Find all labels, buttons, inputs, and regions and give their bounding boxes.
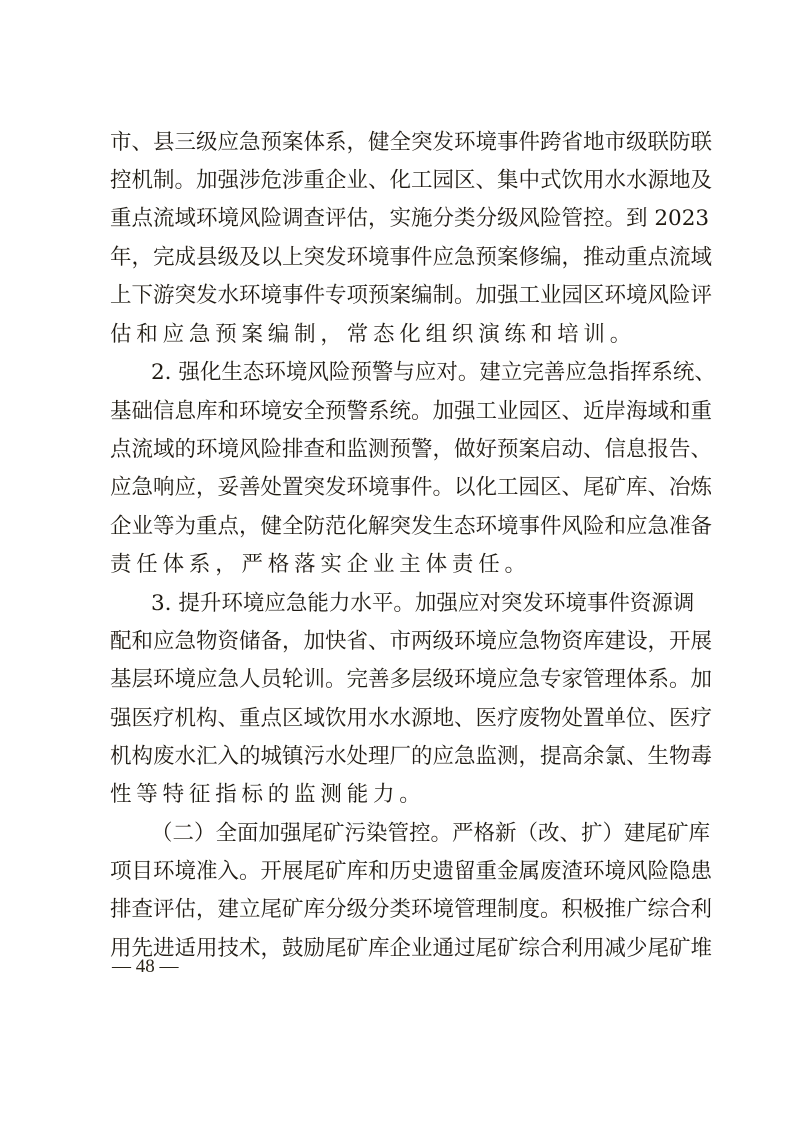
page-number: — 48 — (112, 954, 179, 980)
text-line: 责任体系，严格落实企业主体责任。 (110, 550, 670, 580)
text-line: 估和应急预案编制，常态化组织演练和培训。 (110, 320, 670, 350)
text-line: 用先进适用技术，鼓励尾矿库企业通过尾矿综合利用减少尾矿堆 (110, 934, 670, 964)
text-line: 应急响应，妥善处置突发环境事件。以化工园区、尾矿库、冶炼 (110, 473, 670, 503)
text-line: 市、县三级应急预案体系，健全突发环境事件跨省地市级联防联 (110, 128, 670, 158)
text-line: 排查评估，建立尾矿库分级分类环境管理制度。积极推广综合利 (110, 895, 670, 925)
section-heading-3: 3. 提升环境应急能力水平。加强应对突发环境事件资源调 (151, 589, 670, 619)
text-line: 基础信息库和环境安全预警系统。加强工业园区、近岸海域和重 (110, 397, 670, 427)
text-line: 性等特征指标的监测能力。 (110, 780, 670, 810)
section-heading-2: 2. 强化生态环境风险预警与应对。建立完善应急指挥系统、 (151, 358, 670, 388)
text-line: 基层环境应急人员轮训。完善多层级环境应急专家管理体系。加 (110, 665, 670, 695)
text-line: 年，完成县级及以上突发环境事件应急预案修编，推动重点流域 (110, 243, 670, 273)
text-line: 重点流域环境风险调查评估，实施分类分级风险管控。到 2023 (110, 204, 670, 234)
text-line: 强医疗机构、重点区域饮用水水源地、医疗废物处置单位、医疗 (110, 704, 670, 734)
document-page: 市、县三级应急预案体系，健全突发环境事件跨省地市级联防联 控机制。加强涉危涉重企… (0, 0, 791, 1125)
text-line: 配和应急物资储备，加快省、市两级环境应急物资库建设，开展 (110, 627, 670, 657)
text-line: 点流域的环境风险排查和监测预警，做好预案启动、信息报告、 (110, 435, 670, 465)
text-line: 企业等为重点，健全防范化解突发生态环境事件风险和应急准备 (110, 512, 670, 542)
text-line: 上下游突发水环境事件专项预案编制。加强工业园区环境风险评 (110, 281, 670, 311)
text-line: 机构废水汇入的城镇污水处理厂的应急监测，提高余氯、生物毒 (110, 742, 670, 772)
section-heading-er: （二）全面加强尾矿污染管控。严格新（改、扩）建尾矿库 (151, 819, 670, 849)
text-line: 项目环境准入。开展尾矿库和历史遗留重金属废渣环境风险隐患 (110, 857, 670, 887)
text-line: 控机制。加强涉危涉重企业、化工园区、集中式饮用水水源地及 (110, 166, 670, 196)
